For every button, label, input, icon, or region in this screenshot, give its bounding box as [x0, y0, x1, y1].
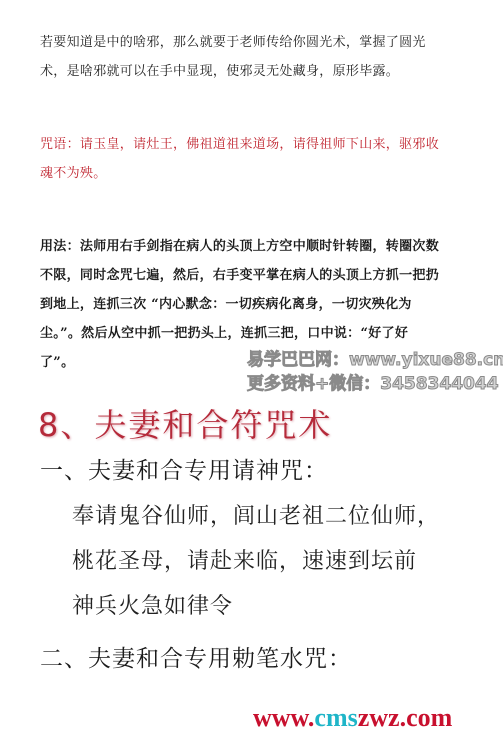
footer-part-www: www. — [253, 703, 314, 732]
watermark-contact: 更多资料+微信：3458344044 — [247, 369, 499, 394]
footer-watermark: www.cmszwz.com — [253, 703, 452, 733]
section-heading: 8、夫妻和合符咒术 — [38, 400, 332, 446]
incantation-line: 神兵火急如律令 — [72, 584, 492, 629]
footer-part-domain: zwz.com — [358, 703, 453, 732]
footer-part-cms: cms — [314, 703, 357, 732]
incantation-block: 奉请鬼谷仙师，闾山老祖二位仙师， 桃花圣母，请赴来临，速速到坛前 神兵火急如律令 — [72, 494, 492, 629]
watermark-site: 易学巴巴网：www.yixue88.cn — [247, 345, 503, 370]
subheading-1: 一、夫妻和合专用请神咒： — [40, 452, 328, 485]
intro-paragraph: 若要知道是中的啥邪，那么就要于老师传给你圆光术，掌握了圆光术，是啥邪就可以在手中… — [40, 28, 440, 86]
incantation-line: 奉请鬼谷仙师，闾山老祖二位仙师， — [72, 494, 492, 539]
incantation-line: 桃花圣母，请赴来临，速速到坛前 — [72, 539, 492, 584]
subheading-2: 二、夫妻和合专用勅笔水咒： — [40, 640, 352, 673]
incantation-red-paragraph: 咒语：请玉皇，请灶王，佛祖道祖来道场，请得祖师下山来，驱邪收魂不为殃。 — [40, 130, 440, 188]
